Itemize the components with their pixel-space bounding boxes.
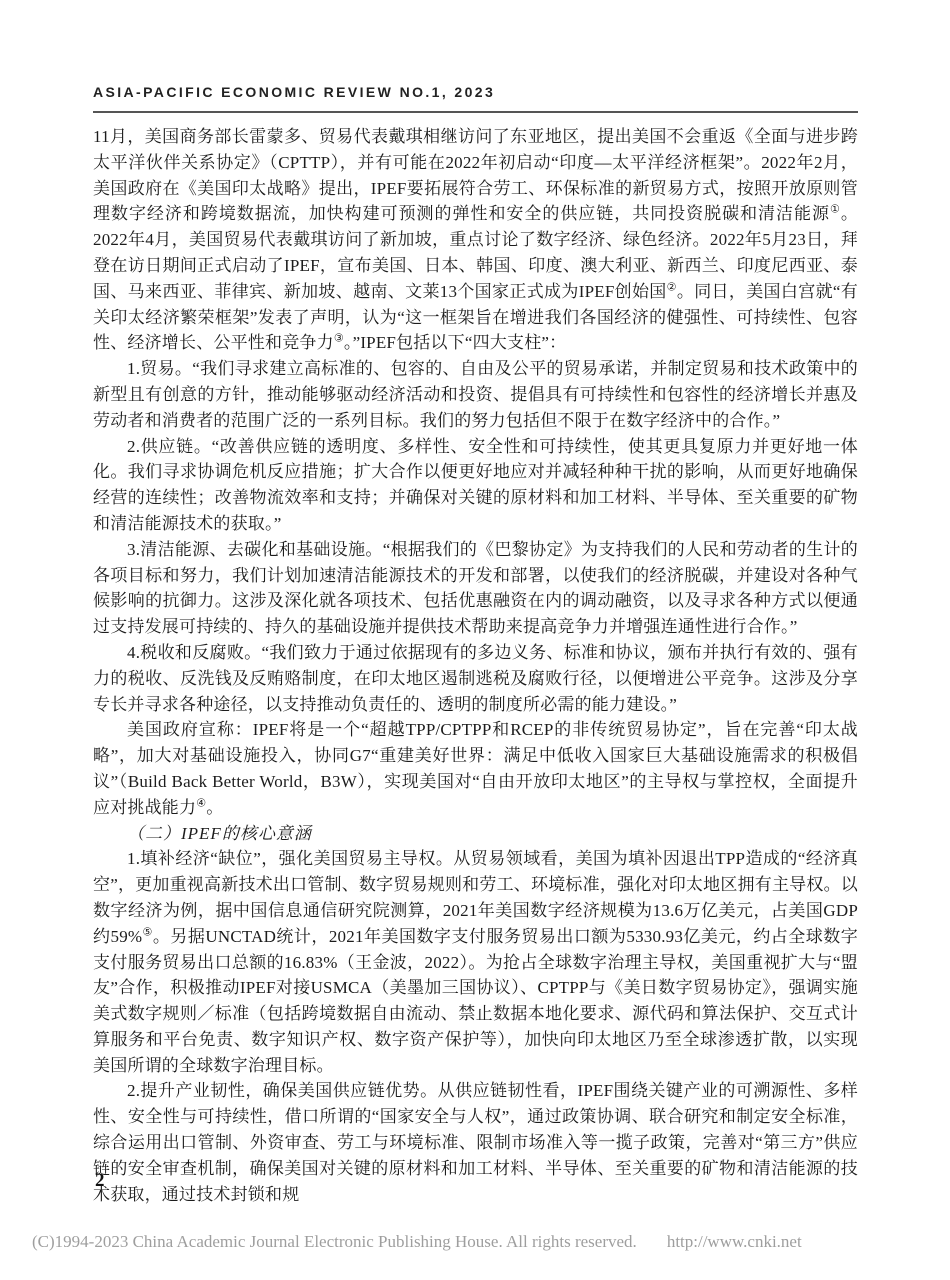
header-rule (93, 111, 858, 113)
section-heading: （二）IPEF的核心意涵 (93, 821, 858, 847)
text-run: 。另据UNCTAD统计，2021年美国数字支付服务贸易出口额为5330.93亿美… (93, 927, 858, 1075)
paragraph: 3.清洁能源、去碳化和基础设施。“根据我们的《巴黎协定》为支持我们的人民和劳动者… (93, 537, 858, 640)
journal-page: ASIA-PACIFIC ECONOMIC REVIEW NO.1, 2023 … (0, 0, 950, 1280)
footnote-marker: ④ (196, 797, 206, 809)
footnote-marker: ③ (334, 333, 344, 345)
text-run: 11月，美国商务部长雷蒙多、贸易代表戴琪相继访问了东亚地区，提出美国不会重返《全… (93, 127, 858, 223)
text-run: 1.贸易。“我们寻求建立高标准的、包容的、自由及公平的贸易承诺，并制定贸易和技术… (93, 359, 858, 430)
article-body: 11月，美国商务部长雷蒙多、贸易代表戴琪相继访问了东亚地区，提出美国不会重返《全… (93, 124, 858, 1207)
text-run: 2.供应链。“改善供应链的透明度、多样性、安全性和可持续性，使其更具复原力并更好… (93, 437, 858, 533)
footnote-marker: ① (830, 204, 841, 216)
paragraph: 1.贸易。“我们寻求建立高标准的、包容的、自由及公平的贸易承诺，并制定贸易和技术… (93, 356, 858, 433)
page-number: 2 (95, 1170, 105, 1192)
paragraph: 2.提升产业韧性，确保美国供应链优势。从供应链韧性看，IPEF围绕关键产业的可溯… (93, 1078, 858, 1207)
footer-copyright: (C)1994-2023 China Academic Journal Elec… (32, 1232, 637, 1251)
paragraph: 美国政府宣称：IPEF将是一个“超越TPP/CPTPP和RCEP的非传统贸易协定… (93, 717, 858, 820)
journal-header-line: ASIA-PACIFIC ECONOMIC REVIEW NO.1, 2023 (93, 84, 495, 100)
text-run: 2.提升产业韧性，确保美国供应链优势。从供应链韧性看，IPEF围绕关键产业的可溯… (93, 1081, 858, 1203)
text-run: 4.税收和反腐败。“我们致力于通过依据现有的多边义务、标准和协议，颁布并执行有效… (93, 643, 858, 714)
text-run: 。 (206, 798, 223, 817)
paragraph: 4.税收和反腐败。“我们致力于通过依据现有的多边义务、标准和协议，颁布并执行有效… (93, 640, 858, 717)
text-run: 3.清洁能源、去碳化和基础设施。“根据我们的《巴黎协定》为支持我们的人民和劳动者… (93, 540, 858, 636)
footnote-marker: ⑤ (142, 926, 153, 938)
footer: (C)1994-2023 China Academic Journal Elec… (32, 1232, 802, 1252)
footer-url: http://www.cnki.net (667, 1232, 802, 1251)
footnote-marker: ② (667, 281, 677, 293)
paragraph: 2.供应链。“改善供应链的透明度、多样性、安全性和可持续性，使其更具复原力并更好… (93, 434, 858, 537)
paragraph: 1.填补经济“缺位”，强化美国贸易主导权。从贸易领域看，美国为填补因退出TPP造… (93, 846, 858, 1078)
text-run: （二）IPEF的核心意涵 (127, 824, 312, 843)
text-run: 。”IPEF包括以下“四大支柱”： (344, 333, 567, 352)
paragraph: 11月，美国商务部长雷蒙多、贸易代表戴琪相继访问了东亚地区，提出美国不会重返《全… (93, 124, 858, 356)
